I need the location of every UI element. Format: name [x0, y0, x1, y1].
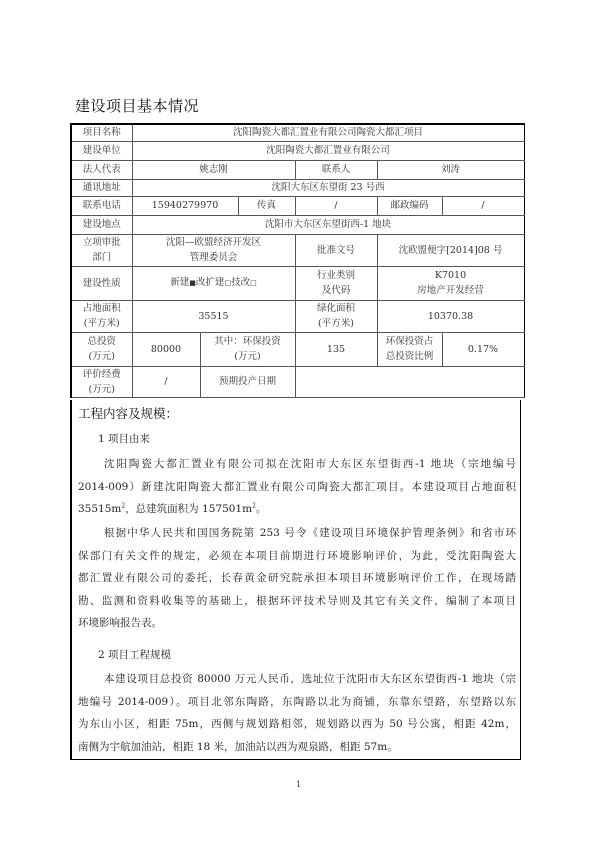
value-phone: 15940279970: [132, 196, 238, 215]
value-nature: 新建■改扩建□技改□: [132, 266, 295, 300]
label-phone: 联系电话: [71, 196, 132, 215]
value-builder: 沈阳陶瓷大都汇置业有限公司: [132, 141, 524, 160]
value-approval-dept-line2: 管理委员会: [135, 250, 293, 265]
label-approval-dept-line2: 部门: [74, 250, 130, 265]
label-site: 建设地点: [71, 215, 132, 234]
label-env-ratio-line2: 总投资比例: [380, 349, 440, 364]
label-total-invest-line2: (万元): [74, 349, 130, 364]
value-industry-name: 房地产开发经营: [380, 283, 522, 298]
value-green-area: 10370.38: [377, 300, 524, 332]
value-fax: /: [295, 196, 377, 215]
value-industry: K7010 房地产开发经营: [377, 266, 524, 300]
value-approval-dept: 沈阳—欧盟经济开发区 管理委员会: [132, 234, 295, 266]
label-project-name: 项目名称: [71, 124, 132, 141]
value-expected-date: [295, 366, 524, 397]
label-total-invest-line1: 总投资: [74, 334, 130, 349]
section-heading: 工程内容及规模：: [78, 404, 178, 422]
text-line: 本建设项目总投资 80000 万元人民币，选址位于沈阳市大东区东望街西-1 地块…: [78, 668, 516, 691]
label-land-area-line1: 占地面积: [74, 301, 130, 316]
row-project-name: 项目名称 沈阳陶瓷大都汇置业有限公司陶瓷大都汇项目: [71, 124, 524, 141]
label-industry: 行业类别 及代码: [295, 266, 377, 300]
value-approval-doc: 沈欧盟便字[2014]08 号: [377, 234, 524, 266]
row-eval-fee: 评价经费 (万元) / 预期投产日期: [71, 366, 524, 397]
label-nature: 建设性质: [71, 266, 132, 300]
label-legal-rep: 法人代表: [71, 160, 132, 179]
label-builder: 建设单位: [71, 141, 132, 160]
text-line: 保部门有关文件的规定，必须在本项目前期进行环境影响评价，为此，受沈阳陶瓷大: [78, 545, 516, 568]
row-builder: 建设单位 沈阳陶瓷大都汇置业有限公司: [71, 141, 524, 160]
label-green-area-line2: (平方米): [298, 316, 375, 331]
label-fax: 传真: [238, 196, 295, 215]
text-line: 为东山小区，相距 75m，西侧与规划路相邻，规划路以西为 50 号公寓，相距 4…: [78, 713, 516, 736]
label-approval-dept-line1: 立项审批: [74, 235, 130, 250]
project-content-section: 工程内容及规模： 1 项目由来 沈阳陶瓷大都汇置业有限公司拟在沈阳市大东区东望街…: [70, 400, 521, 760]
label-land-area-line2: (平方米): [74, 316, 130, 331]
page-title: 建设项目基本情况: [75, 95, 199, 116]
value-postcode: /: [442, 196, 524, 215]
label-env-invest-line1: 其中：环保投资: [203, 334, 293, 349]
text-line: 环境影响报告表。: [78, 612, 516, 635]
project-info-table: 项目名称 沈阳陶瓷大都汇置业有限公司陶瓷大都汇项目 建设单位 沈阳陶瓷大都汇置业…: [70, 123, 525, 398]
row-nature: 建设性质 新建■改扩建□技改□ 行业类别 及代码 K7010 房地产开发经营: [71, 266, 524, 300]
paragraph-legal-basis: 根据中华人民共和国国务院第 253 号令《建设项目环境保护管理条例》和省市环 保…: [78, 522, 516, 635]
label-land-area: 占地面积 (平方米): [71, 300, 132, 332]
text-line: 地编号 2014-009）。项目北邻东陶路，东陶路以北为商铺，东靠东望路，东望路…: [78, 691, 516, 714]
row-site: 建设地点 沈阳市大东区东望街西-1 地块: [71, 215, 524, 234]
value-approval-dept-line1: 沈阳—欧盟经济开发区: [135, 235, 293, 250]
text-line: 勘、监测和资料收集等的基础上，根据环评技术导则及其它有关文件，编制了本项目: [78, 590, 516, 613]
row-approval: 立项审批 部门 沈阳—欧盟经济开发区 管理委员会 批准文号 沈欧盟便字[2014…: [71, 234, 524, 266]
row-phone: 联系电话 15940279970 传真 / 邮政编码 /: [71, 196, 524, 215]
paragraph-project-scale: 本建设项目总投资 80000 万元人民币，选址位于沈阳市大东区东望街西-1 地块…: [78, 668, 516, 758]
page-number: 1: [296, 780, 301, 789]
text-line: 沈阳陶瓷大都汇置业有限公司拟在沈阳市大东区东望街西-1 地块（宗地编号: [78, 453, 516, 476]
label-green-area-line1: 绿化面积: [298, 301, 375, 316]
nature-expand-label: 改扩建: [196, 277, 225, 288]
label-green-area: 绿化面积 (平方米): [295, 300, 377, 332]
label-eval-fee: 评价经费 (万元): [71, 366, 132, 397]
value-total-invest: 80000: [132, 332, 200, 366]
label-eval-fee-line1: 评价经费: [74, 367, 130, 382]
value-industry-code: K7010: [380, 268, 522, 283]
nature-new-checkbox-checked: ■: [189, 279, 196, 287]
value-contact: 刘涛: [377, 160, 524, 179]
value-eval-fee: /: [132, 366, 200, 397]
label-eval-fee-line2: (万元): [74, 382, 130, 397]
nature-new-label: 新建: [170, 277, 189, 288]
row-address: 通讯地址 沈阳大东区东望街 23 号西: [71, 179, 524, 196]
row-investment: 总投资 (万元) 80000 其中：环保投资 (万元) 135 环保投资占 总投…: [71, 332, 524, 366]
label-total-invest: 总投资 (万元): [71, 332, 132, 366]
subheading-project-origin: 1 项目由来: [98, 431, 150, 446]
label-contact: 联系人: [295, 160, 377, 179]
nature-tech-label: 技改: [231, 277, 250, 288]
value-legal-rep: 姚志刚: [132, 160, 295, 179]
value-land-area: 35515: [132, 300, 295, 332]
subheading-project-scale: 2 项目工程规模: [98, 647, 171, 662]
label-approval-dept: 立项审批 部门: [71, 234, 132, 266]
text-line: 根据中华人民共和国国务院第 253 号令《建设项目环境保护管理条例》和省市环: [78, 522, 516, 545]
nature-tech-checkbox: □: [250, 279, 257, 287]
label-industry-line2: 及代码: [298, 283, 375, 298]
value-project-name: 沈阳陶瓷大都汇置业有限公司陶瓷大都汇项目: [132, 124, 524, 141]
paragraph-project-origin: 沈阳陶瓷大都汇置业有限公司拟在沈阳市大东区东望街西-1 地块（宗地编号 2014…: [78, 453, 516, 521]
label-address: 通讯地址: [71, 179, 132, 196]
value-env-invest: 135: [295, 332, 377, 366]
label-env-ratio: 环保投资占 总投资比例: [377, 332, 442, 366]
text-line: 都汇置业有限公司的委托，长春黄金研究院承担本项目环境影响评价工作，在现场踏: [78, 567, 516, 590]
label-env-invest: 其中：环保投资 (万元): [200, 332, 295, 366]
value-address: 沈阳大东区东望街 23 号西: [132, 179, 524, 196]
label-env-invest-line2: (万元): [203, 349, 293, 364]
text-line-area: 35515m2，总建筑面积为 157501m2。: [78, 498, 516, 521]
text-line: 南侧为宇航加油站，相距 18 米，加油站以西为观泉路，相距 57m。: [78, 736, 516, 759]
text-line: 2014-009）新建沈阳陶瓷大都汇置业有限公司陶瓷大都汇项目。本建设项目占地面…: [78, 476, 516, 499]
label-industry-line1: 行业类别: [298, 268, 375, 283]
row-area: 占地面积 (平方米) 35515 绿化面积 (平方米) 10370.38: [71, 300, 524, 332]
value-site: 沈阳市大东区东望街西-1 地块: [132, 215, 524, 234]
label-expected-date: 预期投产日期: [200, 366, 295, 397]
label-approval-doc: 批准文号: [295, 234, 377, 266]
label-env-ratio-line1: 环保投资占: [380, 334, 440, 349]
value-env-ratio: 0.17%: [442, 332, 524, 366]
label-postcode: 邮政编码: [377, 196, 442, 215]
row-legal-rep: 法人代表 姚志刚 联系人 刘涛: [71, 160, 524, 179]
